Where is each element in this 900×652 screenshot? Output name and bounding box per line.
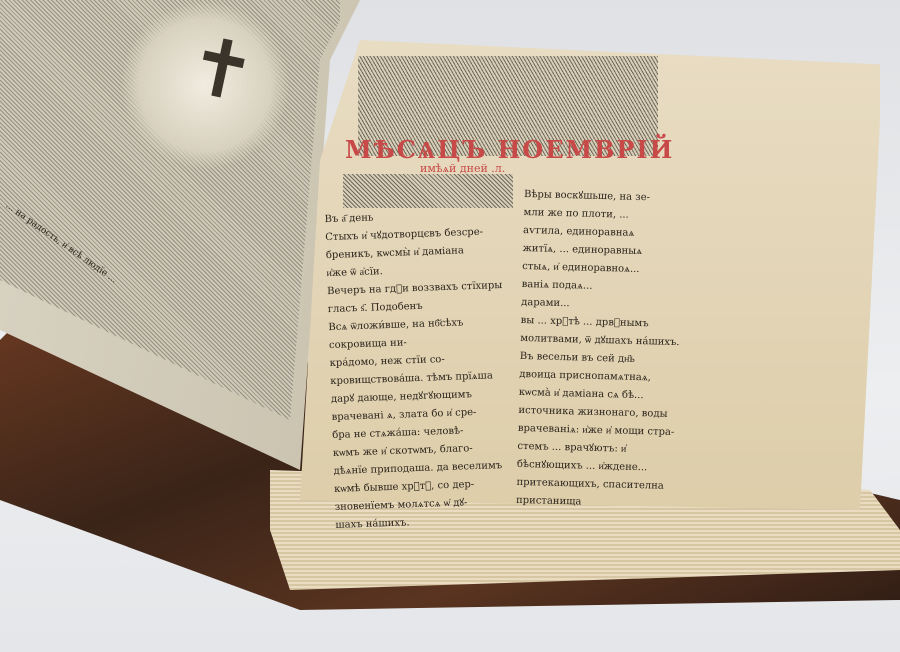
page-title: МѢСѦЦЪ НОЕМВРІЙ [345, 135, 674, 165]
text-column-right: Вѣры воскꙋшьше, на зе- мли же по плоти, … [516, 186, 684, 514]
text-column-left: Въ а҃ день Стыхъ и҆ чꙋдотворцєвъ безсре-… [324, 205, 510, 535]
small-engraving [343, 174, 513, 208]
